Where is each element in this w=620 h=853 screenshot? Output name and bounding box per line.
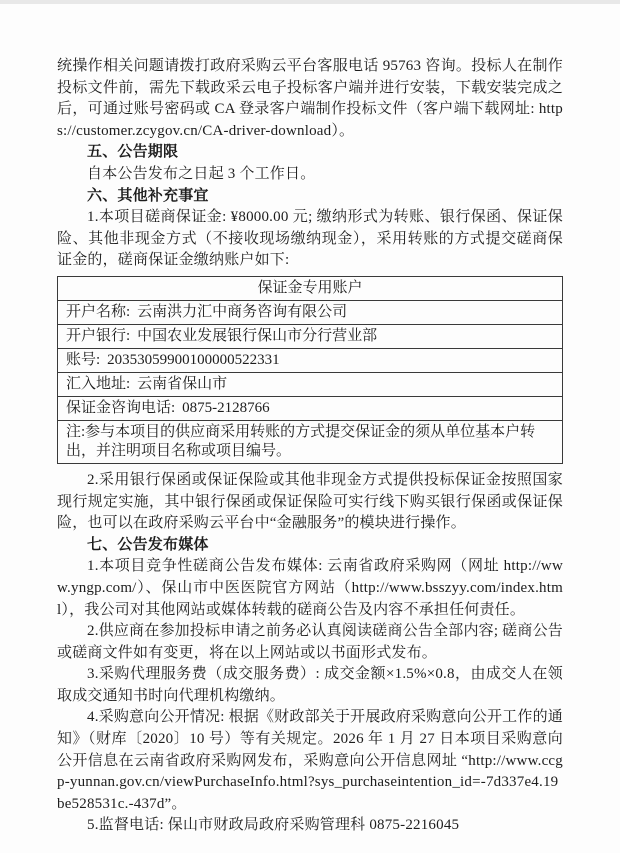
section-7-item-1: 1.本项目竞争性磋商公告发布媒体: 云南省政府采购网（网址 http://www… [57, 556, 563, 621]
remit-address-label: 汇入地址: [66, 376, 130, 392]
deposit-table-title: 保证金专用账户 [58, 276, 563, 300]
account-name-cell: 开户名称:云南洪力汇中商务咨询有限公司 [58, 300, 563, 324]
deposit-account-table: 保证金专用账户 开户名称:云南洪力汇中商务咨询有限公司 开户银行:中国农业发展银… [57, 276, 563, 464]
section-5-paragraph: 自本公告发布之日起 3 个工作日。 [57, 164, 563, 186]
section-7-item-4: 4.采购意向公开情况: 根据《财政部关于开展政府采购意向公开工作的通知》（财库〔… [57, 707, 563, 815]
bank-name-value: 中国农业发展银行保山市分行营业部 [137, 328, 377, 344]
table-row: 保证金咨询电话:0875-2128766 [58, 396, 563, 420]
account-number-cell: 账号:20353059900100000522331 [58, 348, 563, 372]
deposit-phone-value: 0875-2128766 [182, 400, 270, 416]
account-number-value: 20353059900100000522331 [107, 352, 280, 368]
table-row: 账号:20353059900100000522331 [58, 348, 563, 372]
section-6-item-2: 2.采用银行保函或保证保险或其他非现金方式提供投标保证金按照国家现行规定实施，其… [57, 470, 563, 535]
section-7-item-2: 2.供应商在参加投标申请之前务必认真阅读磋商公告全部内容; 磋商公告或磋商文件如… [57, 621, 563, 664]
deposit-phone-label: 保证金咨询电话: [66, 400, 175, 416]
section-6-heading: 六、其他补充事宜 [57, 186, 563, 208]
section-7-heading: 七、公告发布媒体 [57, 535, 563, 557]
table-note-cell: 注:参与本项目的供应商采用转账的方式提交保证金的须从单位基本户转出，并注明项目名… [58, 420, 563, 463]
bank-name-label: 开户银行: [66, 328, 130, 344]
table-row: 保证金专用账户 [58, 276, 563, 300]
table-row: 开户名称:云南洪力汇中商务咨询有限公司 [58, 300, 563, 324]
section-7-item-3: 3.采购代理服务费（成交服务费）: 成交金额×1.5%×0.8，由成交人在领取成… [57, 664, 563, 707]
section-5-heading: 五、公告期限 [57, 142, 563, 164]
section-6-item-1: 1.本项目磋商保证金: ¥8000.00 元; 缴纳形式为转账、银行保函、保证保… [57, 207, 563, 272]
table-row: 汇入地址:云南省保山市 [58, 372, 563, 396]
document-page: 统操作相关问题请拨打政府采购云平台客服电话 95763 咨询。投标人在制作投标文… [0, 4, 620, 837]
intro-paragraph: 统操作相关问题请拨打政府采购云平台客服电话 95763 咨询。投标人在制作投标文… [57, 56, 563, 142]
deposit-phone-cell: 保证金咨询电话:0875-2128766 [58, 396, 563, 420]
account-name-label: 开户名称: [66, 304, 130, 320]
bank-name-cell: 开户银行:中国农业发展银行保山市分行营业部 [58, 324, 563, 348]
section-7-item-5: 5.监督电话: 保山市财政局政府采购管理科 0875-2216045 [57, 815, 563, 837]
table-row: 注:参与本项目的供应商采用转账的方式提交保证金的须从单位基本户转出，并注明项目名… [58, 420, 563, 463]
account-number-label: 账号: [66, 352, 100, 368]
table-row: 开户银行:中国农业发展银行保山市分行营业部 [58, 324, 563, 348]
remit-address-value: 云南省保山市 [137, 376, 227, 392]
remit-address-cell: 汇入地址:云南省保山市 [58, 372, 563, 396]
account-name-value: 云南洪力汇中商务咨询有限公司 [137, 304, 347, 320]
